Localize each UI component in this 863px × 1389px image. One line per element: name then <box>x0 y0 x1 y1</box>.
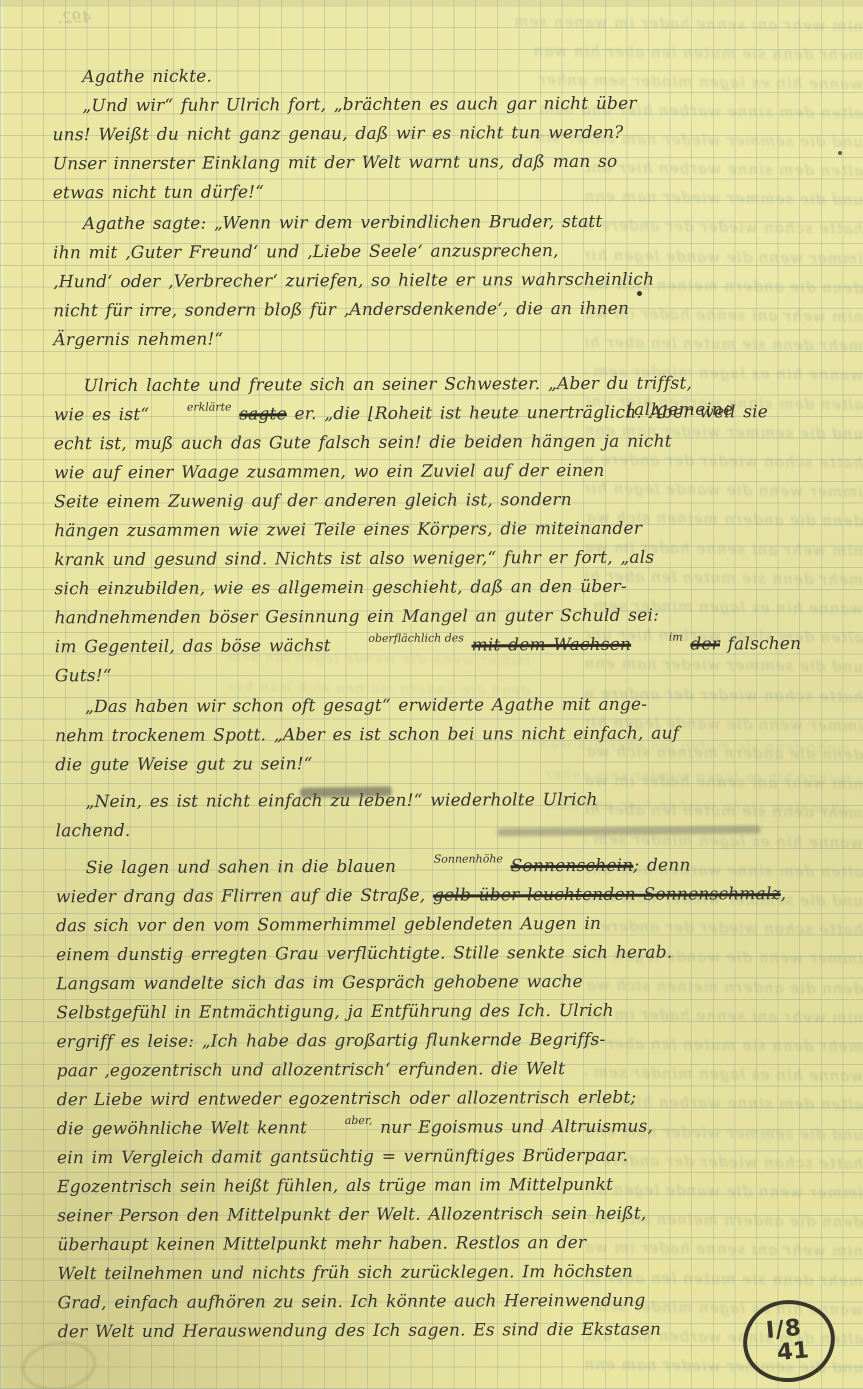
handwritten-text-column: Agathe nickte. „Und wir“ fuhr Ulrich for… <box>52 61 650 1348</box>
margin-note-allgemeine: ⌊allgemeine <box>627 400 734 420</box>
ink-speck <box>637 291 642 296</box>
manuscript-page: nim wehr ani senne hader im wanen semmeh… <box>0 0 863 1389</box>
pencil-smudge <box>300 786 392 798</box>
paragraph-agathe-sagte: Agathe sagte: „Wenn wir dem verbindliche… <box>53 208 646 356</box>
paragraph-das-haben-wir: „Das haben wir schon oft gesagt“ erwider… <box>55 691 647 781</box>
paragraph-ulrich-lachte: Ulrich lachte und freute sich an seiner … <box>54 370 647 692</box>
paragraph-und-wir: „Und wir“ fuhr Ulrich fort, „brächten es… <box>52 90 645 209</box>
stamp-line2: 41 <box>776 1339 810 1365</box>
paragraph-agathe-nickte: Agathe nickte. <box>52 61 644 93</box>
ink-speck <box>838 151 842 155</box>
bleedthrough-line: nim wehr ani senne hader im wanen sem <box>415 11 863 35</box>
paragraph-sie-lagen: Sie lagen und sahen in die blauen Sonnen… <box>56 852 650 1348</box>
page-number-bleed: 492. <box>33 8 92 28</box>
